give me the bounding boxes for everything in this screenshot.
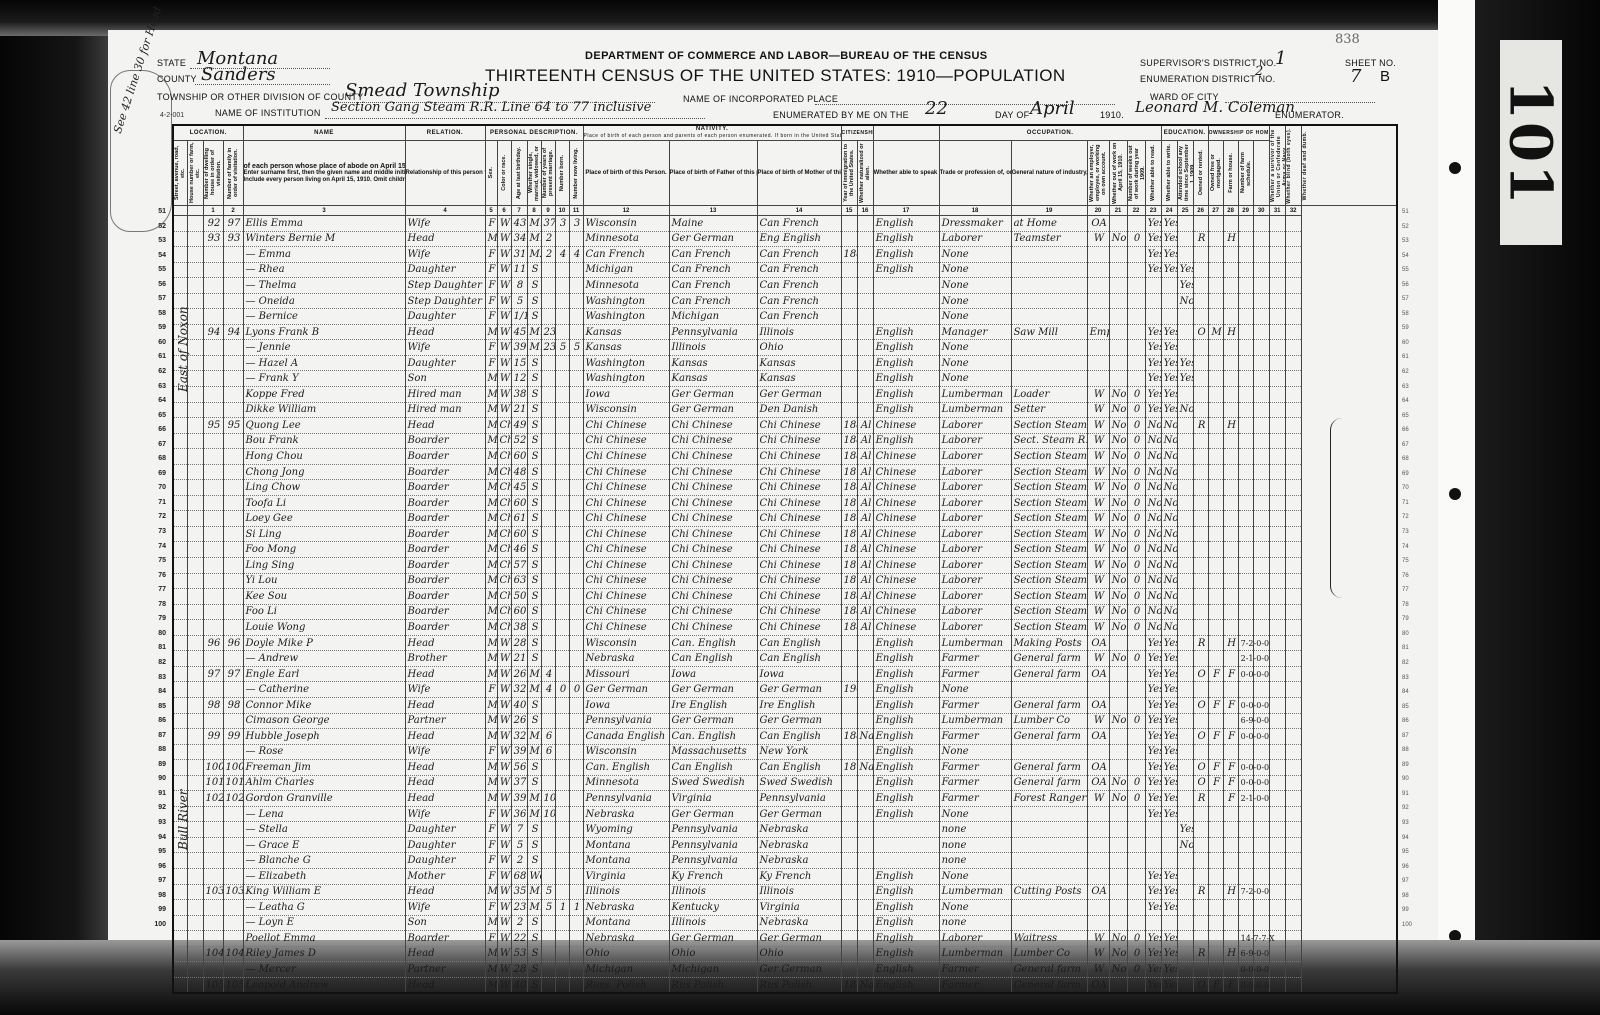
owned-rented-cell	[1193, 355, 1208, 371]
family-cell: 103	[223, 884, 243, 900]
street-cell	[173, 900, 187, 916]
owned-free-cell	[1208, 511, 1223, 527]
trade-cell: none	[939, 837, 1011, 853]
owned-rented-cell	[1193, 293, 1208, 309]
family-cell	[223, 589, 243, 605]
weeks-out-cell: 0	[1127, 962, 1145, 978]
trade-cell: none	[939, 853, 1011, 869]
out-of-work-cell: No	[1109, 604, 1127, 620]
family-cell	[223, 526, 243, 542]
house-number-cell	[187, 262, 203, 278]
sex-cell: F	[485, 682, 497, 698]
trade-cell: Farmer	[939, 651, 1011, 667]
trade-cell: None	[939, 309, 1011, 325]
deaf-cell	[1285, 946, 1301, 962]
blind-cell	[1269, 666, 1285, 682]
father-birthplace-cell: Illinois	[669, 915, 757, 931]
immigration-year-cell	[841, 868, 857, 884]
name-cell: Freeman Jim	[243, 760, 405, 776]
age-cell: 7	[511, 822, 527, 838]
line-number: 96	[140, 860, 170, 875]
sex-cell: M	[485, 651, 497, 667]
color-cell: Ch	[497, 558, 511, 574]
father-birthplace-cell: Virginia	[669, 791, 757, 807]
weeks-out-header: Number of weeks out of work during year …	[1127, 141, 1145, 206]
children-born-cell	[555, 868, 569, 884]
children-born-cell	[555, 962, 569, 978]
school-cell	[1177, 697, 1193, 713]
table-row: Cimason GeorgePartnerMW26SPennsylvaniaGe…	[173, 713, 1397, 729]
dwelling-cell	[203, 900, 223, 916]
trade-cell: Manager	[939, 324, 1011, 340]
weeks-out-cell	[1127, 682, 1145, 698]
out-of-work-cell	[1109, 340, 1127, 356]
naturalized-cell	[857, 946, 873, 962]
dwelling-cell	[203, 464, 223, 480]
line-number: 72	[140, 510, 170, 525]
years-married-cell: 2	[541, 247, 555, 263]
family-cell	[223, 822, 243, 838]
house-number-cell	[187, 402, 203, 418]
family-cell: 100	[223, 760, 243, 776]
family-cell: 95	[223, 418, 243, 434]
table-row: — Hazel ADaughterFW15SWashingtonKansasKa…	[173, 355, 1397, 371]
street-cell	[173, 558, 187, 574]
age-cell: 26	[511, 713, 527, 729]
dwelling-cell	[203, 309, 223, 325]
language-cell: English	[873, 946, 939, 962]
naturalized-cell	[857, 309, 873, 325]
farm-schedule-cell	[1238, 309, 1253, 325]
marital-cell: S	[527, 464, 541, 480]
years-married-cell	[541, 262, 555, 278]
veteran-cell	[1253, 620, 1269, 636]
line-number: 66	[1402, 423, 1422, 438]
name-cell: Hubble Joseph	[243, 729, 405, 745]
family-header: Number of family in order of visitation.	[223, 141, 243, 206]
immigration-year-cell: 1865	[841, 511, 857, 527]
trade-cell: Laborer	[939, 589, 1011, 605]
age-cell: 21	[511, 651, 527, 667]
farm-house-cell: H	[1223, 946, 1238, 962]
color-cell: W	[497, 697, 511, 713]
naturalized-cell: Al	[857, 620, 873, 636]
deaf-cell	[1285, 651, 1301, 667]
table-row: — MercerPartnerMW28SMichiganMichiganGer …	[173, 962, 1397, 978]
table-row: Ling SingBoarderMCh57SChi ChineseChi Chi…	[173, 558, 1397, 574]
trade-cell: Farmer	[939, 775, 1011, 791]
employer-cell	[1087, 278, 1109, 294]
owned-free-cell	[1208, 791, 1223, 807]
employer-cell: W	[1087, 604, 1109, 620]
write-cell	[1161, 822, 1177, 838]
table-row: 102102Gordon GranvilleHeadMW39M110Pennsy…	[173, 791, 1397, 807]
read-cell: Yes	[1145, 216, 1161, 232]
employer-cell: W	[1087, 573, 1109, 589]
immigration-year-cell	[841, 651, 857, 667]
school-header: Attended school any time since September…	[1177, 141, 1193, 206]
owned-rented-cell	[1193, 962, 1208, 978]
children-born-cell	[555, 418, 569, 434]
relation-cell: Head	[405, 977, 485, 993]
mother-birthplace-cell: Ire English	[757, 697, 841, 713]
age-cell: 50	[511, 589, 527, 605]
house-number-cell	[187, 900, 203, 916]
incorporated-place-label: Name of incorporated place	[683, 94, 838, 104]
marital-cell: S	[527, 495, 541, 511]
house-number-cell	[187, 620, 203, 636]
census-table: LOCATION. NAME RELATION. PERSONAL DESCRI…	[172, 124, 1398, 994]
street-cell	[173, 418, 187, 434]
children-living-cell	[569, 262, 583, 278]
blind-cell	[1269, 713, 1285, 729]
farm-schedule-cell	[1238, 278, 1253, 294]
children-living-cell	[569, 884, 583, 900]
name-cell: — Mercer	[243, 962, 405, 978]
birthplace-cell: Kansas	[583, 324, 669, 340]
color-header: Color or race.	[497, 141, 511, 206]
out-of-work-cell	[1109, 666, 1127, 682]
line-number: 99	[140, 903, 170, 918]
years-married-cell	[541, 464, 555, 480]
owned-rented-cell	[1193, 495, 1208, 511]
line-number: 94	[140, 831, 170, 846]
children-living-cell	[569, 915, 583, 931]
deaf-cell	[1285, 480, 1301, 496]
school-cell	[1177, 247, 1193, 263]
column-number: 10	[555, 206, 569, 216]
farm-house-cell	[1223, 262, 1238, 278]
naturalized-cell: Al	[857, 418, 873, 434]
marital-cell: M1	[527, 791, 541, 807]
county-label: County	[157, 74, 197, 84]
out-of-work-cell	[1109, 371, 1127, 387]
age-cell: 2	[511, 853, 527, 869]
father-birthplace-cell: Illinois	[669, 340, 757, 356]
relation-cell: Head	[405, 775, 485, 791]
weeks-out-cell: 0	[1127, 511, 1145, 527]
out-of-work-cell: No	[1109, 480, 1127, 496]
owned-free-cell: F	[1208, 977, 1223, 993]
trade-cell: Laborer	[939, 464, 1011, 480]
name-cell: Kee Sou	[243, 589, 405, 605]
line-number: 88	[1402, 743, 1422, 758]
line-number: 100	[140, 918, 170, 933]
out-of-work-cell: No	[1109, 464, 1127, 480]
father-birthplace-cell: Chi Chinese	[669, 604, 757, 620]
read-cell: Yes	[1145, 806, 1161, 822]
write-cell: Yes	[1161, 371, 1177, 387]
line-number: 61	[140, 350, 170, 365]
location-group-header: LOCATION.	[173, 125, 243, 141]
father-birthplace-cell: Maine	[669, 216, 757, 232]
employer-cell: OA	[1087, 697, 1109, 713]
children-born-header: Number born.	[555, 141, 569, 206]
mother-birthplace-cell: Can English	[757, 635, 841, 651]
write-cell: No	[1161, 620, 1177, 636]
years-married-cell	[541, 402, 555, 418]
industry-cell: General farm	[1011, 729, 1087, 745]
birthplace-cell: Nebraska	[583, 900, 669, 916]
children-living-cell	[569, 526, 583, 542]
occupation-group-header: OCCUPATION.	[939, 125, 1161, 141]
write-cell: Yes	[1161, 231, 1177, 247]
children-living-cell	[569, 589, 583, 605]
birthplace-cell: Chi Chinese	[583, 573, 669, 589]
write-cell: Yes	[1161, 324, 1177, 340]
family-cell	[223, 355, 243, 371]
children-born-cell	[555, 278, 569, 294]
street-cell	[173, 666, 187, 682]
line-number: 70	[140, 481, 170, 496]
language-cell: English	[873, 868, 939, 884]
street-cell	[173, 495, 187, 511]
street-cell	[173, 651, 187, 667]
weeks-out-cell	[1127, 822, 1145, 838]
sex-cell: M	[485, 402, 497, 418]
table-row: 9393Winters Bernie MHeadMW34M12Minnesota…	[173, 231, 1397, 247]
family-cell	[223, 931, 243, 947]
trade-cell: Lumberman	[939, 946, 1011, 962]
line-number: 99	[1402, 903, 1422, 918]
dwelling-cell	[203, 589, 223, 605]
owned-free-cell	[1208, 526, 1223, 542]
column-number	[187, 206, 203, 216]
weeks-out-cell	[1127, 729, 1145, 745]
dwelling-cell	[203, 806, 223, 822]
naturalized-cell	[857, 402, 873, 418]
write-header: Whether able to write.	[1161, 141, 1177, 206]
years-married-cell: 6	[541, 729, 555, 745]
sex-cell: M	[485, 558, 497, 574]
birthplace-cell: Ohio	[583, 946, 669, 962]
street-header: Street, avenue, road, etc.	[173, 141, 187, 206]
owned-free-cell	[1208, 962, 1223, 978]
immigration-year-cell: 1883	[841, 977, 857, 993]
dwelling-cell	[203, 495, 223, 511]
marital-cell: S	[527, 309, 541, 325]
relation-cell: Boarder	[405, 511, 485, 527]
language-cell: English	[873, 433, 939, 449]
weeks-out-cell	[1127, 697, 1145, 713]
naturalized-cell: Na	[857, 977, 873, 993]
column-number: 29	[1238, 206, 1253, 216]
farm-schedule-cell: 6-9-0-0	[1238, 713, 1253, 729]
owned-free-header: Owned free or mortgaged.	[1208, 141, 1223, 206]
marital-cell: S	[527, 278, 541, 294]
industry-cell: Loader	[1011, 387, 1087, 403]
year-label: 1910.	[1100, 110, 1124, 120]
sex-cell: M	[485, 542, 497, 558]
dwelling-cell	[203, 278, 223, 294]
school-cell	[1177, 216, 1193, 232]
immigration-year-cell: 1879	[841, 464, 857, 480]
farm-house-cell	[1223, 216, 1238, 232]
out-of-work-cell: No	[1109, 589, 1127, 605]
children-living-cell	[569, 604, 583, 620]
language-cell	[873, 853, 939, 869]
house-number-cell	[187, 418, 203, 434]
sex-cell: M	[485, 480, 497, 496]
deaf-cell	[1285, 309, 1301, 325]
owned-rented-cell	[1193, 931, 1208, 947]
farm-house-cell	[1223, 495, 1238, 511]
birthplace-cell: Pennsylvania	[583, 791, 669, 807]
dwelling-cell	[203, 293, 223, 309]
age-cell: 60	[511, 604, 527, 620]
line-number: 97	[1402, 874, 1422, 889]
school-cell	[1177, 604, 1193, 620]
dwelling-cell	[203, 573, 223, 589]
age-cell: 40	[511, 697, 527, 713]
read-cell: Yes	[1145, 651, 1161, 667]
birthplace-cell: Washington	[583, 355, 669, 371]
years-married-cell	[541, 697, 555, 713]
house-number-cell	[187, 946, 203, 962]
line-number: 54	[140, 249, 170, 264]
line-number: 68	[1402, 452, 1422, 467]
read-cell: Yes	[1145, 682, 1161, 698]
sex-cell: M	[485, 760, 497, 776]
relation-cell: Boarder	[405, 931, 485, 947]
color-cell: W	[497, 729, 511, 745]
owned-rented-cell	[1193, 247, 1208, 263]
line-number: 81	[1402, 641, 1422, 656]
employer-cell: W	[1087, 946, 1109, 962]
mother-birthplace-cell: Chi Chinese	[757, 495, 841, 511]
employer-cell	[1087, 293, 1109, 309]
veteran-cell	[1253, 433, 1269, 449]
children-living-cell	[569, 666, 583, 682]
farm-house-cell	[1223, 900, 1238, 916]
sex-cell: F	[485, 355, 497, 371]
children-born-cell	[555, 449, 569, 465]
census-rows: 9297Ellis EmmaWifeFW43M13733WisconsinMai…	[173, 216, 1397, 994]
color-cell: W	[497, 713, 511, 729]
sex-cell: M	[485, 620, 497, 636]
marital-cell: S	[527, 526, 541, 542]
name-cell: Bou Frank	[243, 433, 405, 449]
name-cell: — Thelma	[243, 278, 405, 294]
table-row: 9898Connor MikeHeadMW40SIowaIre EnglishI…	[173, 697, 1397, 713]
farm-schedule-cell: 0-0-0-0	[1238, 666, 1253, 682]
name-cell: — Elizabeth	[243, 868, 405, 884]
table-row: — BerniceDaughterFW1/12SWashingtonMichig…	[173, 309, 1397, 325]
ward-label: Ward of city	[1150, 92, 1219, 102]
dwelling-cell	[203, 962, 223, 978]
language-header: Whether able to speak English; or, if no…	[873, 141, 939, 206]
table-row: Yi LouBoarderMCh63SChi ChineseChi Chines…	[173, 573, 1397, 589]
owned-rented-cell: O	[1193, 760, 1208, 776]
farm-house-cell	[1223, 449, 1238, 465]
naturalized-cell	[857, 293, 873, 309]
color-cell: W	[497, 744, 511, 760]
farm-house-cell: H	[1223, 231, 1238, 247]
sex-cell: M	[485, 635, 497, 651]
children-living-cell	[569, 837, 583, 853]
owned-free-cell: M	[1208, 324, 1223, 340]
ownership-group-header: OWNERSHIP OF HOME.	[1208, 125, 1269, 141]
age-cell: 26	[511, 666, 527, 682]
mother-birthplace-cell: Chi Chinese	[757, 511, 841, 527]
column-number: 5	[485, 206, 497, 216]
relation-cell: Head	[405, 666, 485, 682]
immigration-year-cell	[841, 262, 857, 278]
father-birthplace-cell: Chi Chinese	[669, 620, 757, 636]
years-married-cell	[541, 371, 555, 387]
veteran-cell	[1253, 262, 1269, 278]
language-cell: Chinese	[873, 464, 939, 480]
line-number: 57	[1402, 292, 1422, 307]
birthplace-cell: Wisconsin	[583, 744, 669, 760]
street-cell	[173, 931, 187, 947]
farm-house-cell	[1223, 962, 1238, 978]
immigration-year-cell	[841, 853, 857, 869]
department-heading: DEPARTMENT OF COMMERCE AND LABOR—BUREAU …	[585, 50, 988, 62]
out-of-work-cell	[1109, 868, 1127, 884]
relation-cell: Head	[405, 635, 485, 651]
farm-schedule-cell	[1238, 418, 1253, 434]
street-note-lower: Bull River	[176, 789, 190, 850]
owned-rented-cell	[1193, 868, 1208, 884]
relation-cell: Partner	[405, 713, 485, 729]
school-cell	[1177, 760, 1193, 776]
farm-house-cell	[1223, 573, 1238, 589]
children-living-cell: 0	[569, 682, 583, 698]
out-of-work-cell	[1109, 977, 1127, 993]
line-number: 54	[1402, 249, 1422, 264]
line-number: 98	[140, 889, 170, 904]
house-number-cell	[187, 853, 203, 869]
years-married-cell: 5	[541, 884, 555, 900]
language-cell: English	[873, 340, 939, 356]
read-cell: Yes	[1145, 744, 1161, 760]
father-birthplace-cell: Can French	[669, 293, 757, 309]
father-birthplace-cell: Chi Chinese	[669, 558, 757, 574]
school-cell	[1177, 775, 1193, 791]
sex-cell: F	[485, 806, 497, 822]
children-born-cell	[555, 371, 569, 387]
farm-schedule-cell	[1238, 573, 1253, 589]
house-number-header: House number or farm, etc.	[187, 141, 203, 206]
children-living-cell	[569, 791, 583, 807]
age-header: Age at last birthday.	[511, 141, 527, 206]
owned-rented-cell	[1193, 449, 1208, 465]
years-married-cell	[541, 293, 555, 309]
dwelling-cell: 98	[203, 697, 223, 713]
employer-cell	[1087, 340, 1109, 356]
blind-cell	[1269, 324, 1285, 340]
weeks-out-cell	[1127, 868, 1145, 884]
immigration-year-cell	[841, 791, 857, 807]
color-cell: W	[497, 682, 511, 698]
naturalized-cell	[857, 931, 873, 947]
read-cell: Yes	[1145, 697, 1161, 713]
family-cell	[223, 262, 243, 278]
name-cell: — Bernice	[243, 309, 405, 325]
name-cell: Poellot Emma	[243, 931, 405, 947]
language-cell: English	[873, 635, 939, 651]
father-birthplace-cell: Kansas	[669, 371, 757, 387]
out-of-work-cell	[1109, 278, 1127, 294]
language-cell: English	[873, 806, 939, 822]
house-number-cell	[187, 651, 203, 667]
out-of-work-cell	[1109, 806, 1127, 822]
age-cell: 49	[511, 418, 527, 434]
birthplace-cell: Wisconsin	[583, 216, 669, 232]
language-cell: English	[873, 682, 939, 698]
dwelling-cell	[203, 682, 223, 698]
